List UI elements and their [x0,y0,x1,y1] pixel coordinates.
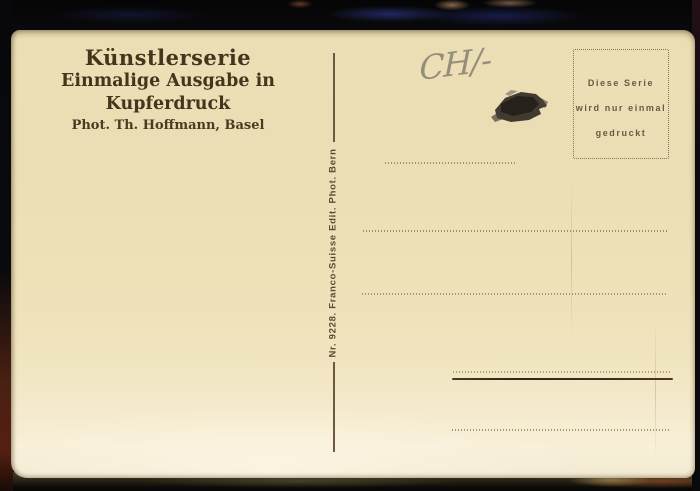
stamp-box: Diese Serie wird nur einmal gedruckt [573,49,669,159]
paper-crease [571,180,572,340]
paper-crease [655,320,656,460]
address-line-solid [452,378,673,380]
stamp-box-line: gedruckt [596,121,647,146]
stamp-box-line: Diese Serie [588,71,654,96]
series-title: Künstlerserie [37,46,299,70]
postcard-back: Künstlerserie Einmalige Ausgabe in Kupfe… [11,30,695,478]
address-line-dotted [385,162,517,164]
handwritten-pencil-mark: CH/- [419,35,529,88]
publisher-number-imprint: Nr. 9228. Franco-Suisse Edit. Phot. Bern [328,154,341,358]
scanned-postcard-back: { "postcard": { "publisher": { "series_t… [0,0,700,491]
stamp-box-line: wird nur einmal [576,96,667,121]
address-line-dotted [362,293,668,295]
publisher-imprint: Künstlerserie Einmalige Ausgabe in Kupfe… [37,46,299,135]
photographer-credit: Phot. Th. Hoffmann, Basel [37,116,299,135]
center-divider-upper [333,53,335,142]
ink-smudge-shape [481,84,551,130]
address-line-dotted [453,371,671,373]
address-line-dotted [452,429,671,431]
address-line-dotted [363,230,669,232]
edition-note: Einmalige Ausgabe in Kupferdruck [37,70,299,116]
center-divider-lower [333,362,335,452]
ink-smudge [481,84,551,130]
scan-border-top [0,0,700,34]
